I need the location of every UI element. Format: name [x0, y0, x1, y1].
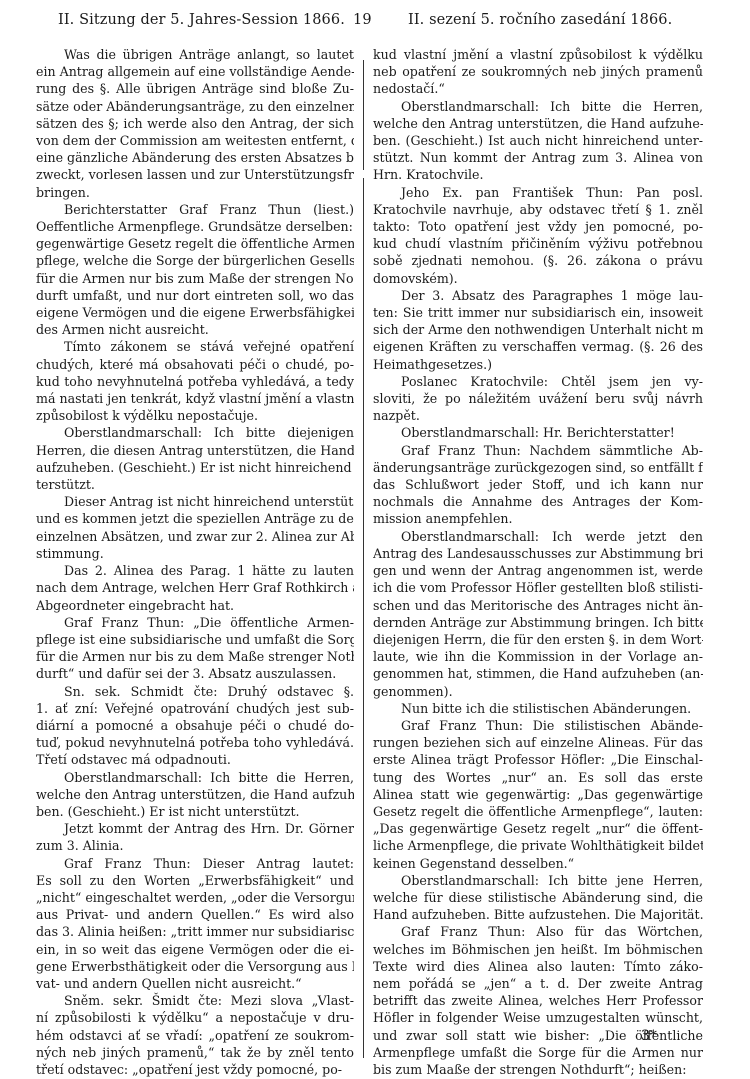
text-line: sätzen des §; ich werde also den Antrag,…: [36, 115, 354, 132]
text-line: einzelnen Absätzen, und zwar zur 2. Alin…: [36, 528, 354, 545]
text-line: Alinea statt wie gegenwärtig: „Das gegen…: [373, 786, 703, 803]
text-line: keinen Gegenstand desselben.“: [373, 855, 703, 872]
paragraph: Sn. sek. Schmidt čte: Druhý odstavec §.1…: [36, 683, 354, 769]
text-line: ein Antrag allgemein auf eine vollständi…: [36, 63, 354, 80]
text-line: ní způsobilosti k výdělku“ a nepostačuje…: [36, 1009, 354, 1026]
text-line: das Schlußwort jeder Stoff, und ich kann…: [373, 476, 703, 493]
text-line: ich die vom Professor Höfler gestellten …: [373, 579, 703, 596]
text-line: aufzuheben. (Geschieht.) Er ist nicht hi…: [36, 459, 354, 476]
text-line: Graf Franz Thun: Dieser Antrag lautet:: [36, 855, 354, 872]
text-line: Graf Franz Thun: Nachdem sämmtliche Ab-: [373, 442, 703, 459]
text-line: Jetzt kommt der Antrag des Hrn. Dr. Görn…: [36, 820, 354, 837]
text-line: Das 2. Alinea des Parag. 1 hätte zu laut…: [36, 562, 354, 579]
text-line: nochmals die Annahme des Antrages der Ko…: [373, 493, 703, 510]
text-line: kud vlastní jmění a vlastní způsobilost …: [373, 46, 703, 63]
text-line: welche den Antrag unterstützen, die Hand…: [373, 115, 703, 132]
paragraph: Oberstlandmarschall: Ich werde jetzt den…: [373, 528, 703, 700]
left-column: Was die übrigen Anträge anlangt, so laut…: [36, 46, 354, 1078]
paragraph: Jeho Ex. pan František Thun: Pan posl.Kr…: [373, 184, 703, 287]
text-line: chudých, které má obsahovati péči o chud…: [36, 356, 354, 373]
text-line: Oberstlandmarschall: Ich bitte jene Herr…: [373, 872, 703, 889]
text-line: nach dem Antrage, welchen Herr Graf Roth…: [36, 579, 354, 596]
paragraph: Der 3. Absatz des Paragraphes 1 möge lau…: [373, 287, 703, 373]
column-divider: [363, 178, 364, 1058]
text-line: für die Armen nur bis zum Maße der stren…: [36, 270, 354, 287]
text-line: gen und wenn der Antrag angenommen ist, …: [373, 562, 703, 579]
text-line: diejenigen Herrn, die für den ersten §. …: [373, 631, 703, 648]
text-line: aus Privat- und andern Quellen.“ Es wird…: [36, 906, 354, 923]
text-line: Oeffentliche Armenpflege. Grundsätze der…: [36, 218, 354, 235]
text-line: schen und das Meritorische des Antrages …: [373, 597, 703, 614]
text-line: Graf Franz Thun: „Die öffentliche Armen-: [36, 614, 354, 631]
running-header: II. Sitzung der 5. Jahres-Session 1866. …: [0, 12, 750, 32]
text-line: tuď, pokud nevyhnutelná potřeba toho vyh…: [36, 734, 354, 751]
text-line: Herren, die diesen Antrag unterstützen, …: [36, 442, 354, 459]
text-line: způsobilost k výdělku nepostačuje.: [36, 407, 354, 424]
text-line: Berichterstatter Graf Franz Thun (liest.…: [36, 201, 354, 218]
text-line: nedostačí.“: [373, 80, 703, 97]
paragraph: Oberstlandmarschall: Ich bitte jene Herr…: [373, 872, 703, 924]
text-line: rung des §. Alle übrigen Anträge sind bl…: [36, 80, 354, 97]
text-line: Gesetz regelt die öffentliche Armenpfleg…: [373, 803, 703, 820]
text-line: ben. (Geschieht.) Er ist nicht unterstüt…: [36, 803, 354, 820]
text-line: Heimathgesetzes.): [373, 356, 703, 373]
text-line: und es kommen jetzt die speziellen Anträ…: [36, 510, 354, 527]
right-column: kud vlastní jmění a vlastní způsobilost …: [373, 46, 703, 1078]
text-line: „Das gegenwärtige Gesetz regelt „nur“ di…: [373, 820, 703, 837]
text-line: terstützt.: [36, 476, 354, 493]
paragraph: Oberstlandmarschall: Hr. Berichterstatte…: [373, 424, 703, 441]
text-line: des Armen nicht ausreicht.: [36, 321, 354, 338]
text-line: má nastati jen tenkrát, když vlastní jmě…: [36, 390, 354, 407]
paragraph: Berichterstatter Graf Franz Thun (liest.…: [36, 201, 354, 339]
paragraph: Graf Franz Thun: Also für das Wörtchen,w…: [373, 923, 703, 1078]
text-line: Es soll zu den Worten „Erwerbsfähigkeit“…: [36, 872, 354, 889]
text-line: eigene Vermögen und die eigene Erwerbsfä…: [36, 304, 354, 321]
text-line: durft“ und dafür sei der 3. Absatz auszu…: [36, 665, 354, 682]
text-line: sätze oder Abänderungsanträge, zu den ei…: [36, 98, 354, 115]
text-line: erste Alinea trägt Professor Höfler: „Di…: [373, 751, 703, 768]
paragraph: Jetzt kommt der Antrag des Hrn. Dr. Görn…: [36, 820, 354, 854]
text-line: takto: Toto opatření jest vždy jen pomoc…: [373, 218, 703, 235]
text-line: tung des Wortes „nur“ an. Es soll das er…: [373, 769, 703, 786]
text-line: domovském).: [373, 270, 703, 287]
text-line: mission anempfehlen.: [373, 510, 703, 527]
text-line: Oberstlandmarschall: Ich bitte die Herre…: [36, 769, 354, 786]
signature-mark: 3*: [641, 1028, 657, 1044]
paragraph: Graf Franz Thun: Dieser Antrag lautet:Es…: [36, 855, 354, 993]
header-german-title: II. Sitzung der 5. Jahres-Session 1866.: [58, 12, 345, 28]
page-number: 19: [353, 12, 372, 28]
text-line: bis zum Maaße der strengen Nothdurft“; h…: [373, 1061, 703, 1078]
paragraph: Nun bitte ich die stilistischen Abänderu…: [373, 700, 703, 717]
text-line: Oberstlandmarschall: Ich bitte die Herre…: [373, 98, 703, 115]
text-line: 1. ať zní: Veřejné opatrování chudých je…: [36, 700, 354, 717]
text-line: laute, wie ihn die Kommission in der Vor…: [373, 648, 703, 665]
text-line: nem pořádá se „jen“ a t. d. Der zweite A…: [373, 975, 703, 992]
text-line: nazpět.: [373, 407, 703, 424]
text-line: kud toho nevyhnutelná potřeba vyhledává,…: [36, 373, 354, 390]
text-line: stimmung.: [36, 545, 354, 562]
text-line: třetí odstavec: „opatření jest vždy pomo…: [36, 1061, 354, 1078]
text-line: Oberstlandmarschall: Hr. Berichterstatte…: [373, 424, 703, 441]
text-line: pflege, welche die Sorge der bürgerliche…: [36, 252, 354, 269]
text-line: das 3. Alinia heißen: „tritt immer nur s…: [36, 923, 354, 940]
paragraph: Oberstlandmarschall: Ich bitte diejenige…: [36, 424, 354, 493]
text-line: Jeho Ex. pan František Thun: Pan posl.: [373, 184, 703, 201]
paragraph: Tímto zákonem se stává veřejné opatřeníc…: [36, 338, 354, 424]
text-line: gegenwärtige Gesetz regelt die öffentlic…: [36, 235, 354, 252]
paragraph: Dieser Antrag ist nicht hinreichend unte…: [36, 493, 354, 562]
text-line: Sn. sek. Schmidt čte: Druhý odstavec §.: [36, 683, 354, 700]
text-line: änderungsanträge zurückgezogen sind, so …: [373, 459, 703, 476]
text-line: Der 3. Absatz des Paragraphes 1 möge lau…: [373, 287, 703, 304]
text-line: Texte wird dies Alinea also lauten: Tímt…: [373, 958, 703, 975]
text-line: welche für diese stilistische Abänderung…: [373, 889, 703, 906]
paragraph: Graf Franz Thun: Die stilistischen Abänd…: [373, 717, 703, 872]
text-line: durft umfaßt, und nur dort eintreten sol…: [36, 287, 354, 304]
text-line: diární a pomocné a obsahuje péči o chudé…: [36, 717, 354, 734]
paragraph: Graf Franz Thun: „Die öffentliche Armen-…: [36, 614, 354, 683]
text-line: Graf Franz Thun: Die stilistischen Abänd…: [373, 717, 703, 734]
text-line: Abgeordneter eingebracht hat.: [36, 597, 354, 614]
text-line: ein, in so weit das eigene Vermögen oder…: [36, 941, 354, 958]
text-line: Hand aufzuheben. Bitte aufzustehen. Die …: [373, 906, 703, 923]
text-line: Was die übrigen Anträge anlangt, so laut…: [36, 46, 354, 63]
text-line: zum 3. Alinia.: [36, 837, 354, 854]
text-line: Hrn. Kratochvile.: [373, 166, 703, 183]
text-line: Nun bitte ich die stilistischen Abänderu…: [373, 700, 703, 717]
text-line: Třetí odstavec má odpadnouti.: [36, 751, 354, 768]
text-line: sich der Arme den nothwendigen Unterhalt…: [373, 321, 703, 338]
text-line: eine gänzliche Abänderung des ersten Abs…: [36, 149, 354, 166]
text-line: hém odstavci ať se vřadí: „opatření ze s…: [36, 1027, 354, 1044]
paragraph: Oberstlandmarschall: Ich bitte die Herre…: [373, 98, 703, 184]
header-czech-title: II. sezení 5. ročního zasedání 1866.: [408, 12, 672, 28]
paragraph: Das 2. Alinea des Parag. 1 hätte zu laut…: [36, 562, 354, 614]
paragraph: Poslanec Kratochvile: Chtěl jsem jen vy-…: [373, 373, 703, 425]
text-line: für die Armen nur bis zu dem Maße streng…: [36, 648, 354, 665]
text-line: Antrag des Landesausschusses zur Abstimm…: [373, 545, 703, 562]
text-line: dernden Anträge zur Abstimmung bringen. …: [373, 614, 703, 631]
text-line: „nicht“ eingeschaltet werden, „oder die …: [36, 889, 354, 906]
text-line: von dem der Commission am weitesten entf…: [36, 132, 354, 149]
text-line: rungen beziehen sich auf einzelne Alinea…: [373, 734, 703, 751]
text-line: ten: Sie tritt immer nur subsidiarisch e…: [373, 304, 703, 321]
text-line: gene Erwerbsthätigkeit oder die Versorgu…: [36, 958, 354, 975]
text-line: welches im Böhmischen jen heißt. Im böhm…: [373, 941, 703, 958]
text-line: betrifft das zweite Alinea, welches Herr…: [373, 992, 703, 1009]
text-line: kud chudí vlastním přičiněním výživu pot…: [373, 235, 703, 252]
column-divider-top: [363, 60, 364, 170]
text-line: zweckt, vorlesen lassen und zur Unterstü…: [36, 166, 354, 183]
text-line: Poslanec Kratochvile: Chtěl jsem jen vy-: [373, 373, 703, 390]
text-line: ných neb jiných pramenů,“ tak že by zněl…: [36, 1044, 354, 1061]
text-line: genommen hat, stimmen, die Hand aufzuheb…: [373, 665, 703, 682]
paragraph: Oberstlandmarschall: Ich bitte die Herre…: [36, 769, 354, 821]
text-line: vat- und andern Quellen nicht ausreicht.…: [36, 975, 354, 992]
text-line: bringen.: [36, 184, 354, 201]
text-line: Graf Franz Thun: Also für das Wörtchen,: [373, 923, 703, 940]
text-line: Oberstlandmarschall: Ich werde jetzt den: [373, 528, 703, 545]
text-line: genommen).: [373, 683, 703, 700]
text-line: welche den Antrag unterstützen, die Hand…: [36, 786, 354, 803]
text-line: Armenpflege umfaßt die Sorge für die Arm…: [373, 1044, 703, 1061]
text-line: eigenen Kräften zu verschaffen vermag. (…: [373, 338, 703, 355]
text-line: sloviti, že po náležitém uvážení beru sv…: [373, 390, 703, 407]
text-line: liche Armenpflege, die private Wohlthäti…: [373, 837, 703, 854]
paragraph: Sněm. sekr. Šmidt čte: Mezi slova „Vlast…: [36, 992, 354, 1078]
text-line: Dieser Antrag ist nicht hinreichend unte…: [36, 493, 354, 510]
text-line: Sněm. sekr. Šmidt čte: Mezi slova „Vlast…: [36, 992, 354, 1009]
text-line: Tímto zákonem se stává veřejné opatření: [36, 338, 354, 355]
text-line: Kratochvile navrhuje, aby odstavec třetí…: [373, 201, 703, 218]
text-line: ben. (Geschieht.) Ist auch nicht hinreic…: [373, 132, 703, 149]
text-line: neb opatření ze soukromných neb jiných p…: [373, 63, 703, 80]
text-line: Höfler in folgender Weise umzugestalten …: [373, 1009, 703, 1026]
paragraph: Graf Franz Thun: Nachdem sämmtliche Ab-ä…: [373, 442, 703, 528]
paragraph: Was die übrigen Anträge anlangt, so laut…: [36, 46, 354, 201]
paragraph: kud vlastní jmění a vlastní způsobilost …: [373, 46, 703, 98]
text-line: stützt. Nun kommt der Antrag zum 3. Alin…: [373, 149, 703, 166]
text-line: pflege ist eine subsidiarische und umfaß…: [36, 631, 354, 648]
text-line: Oberstlandmarschall: Ich bitte diejenige…: [36, 424, 354, 441]
text-line: sobě zjednati nemohou. (§. 26. zákona o …: [373, 252, 703, 269]
